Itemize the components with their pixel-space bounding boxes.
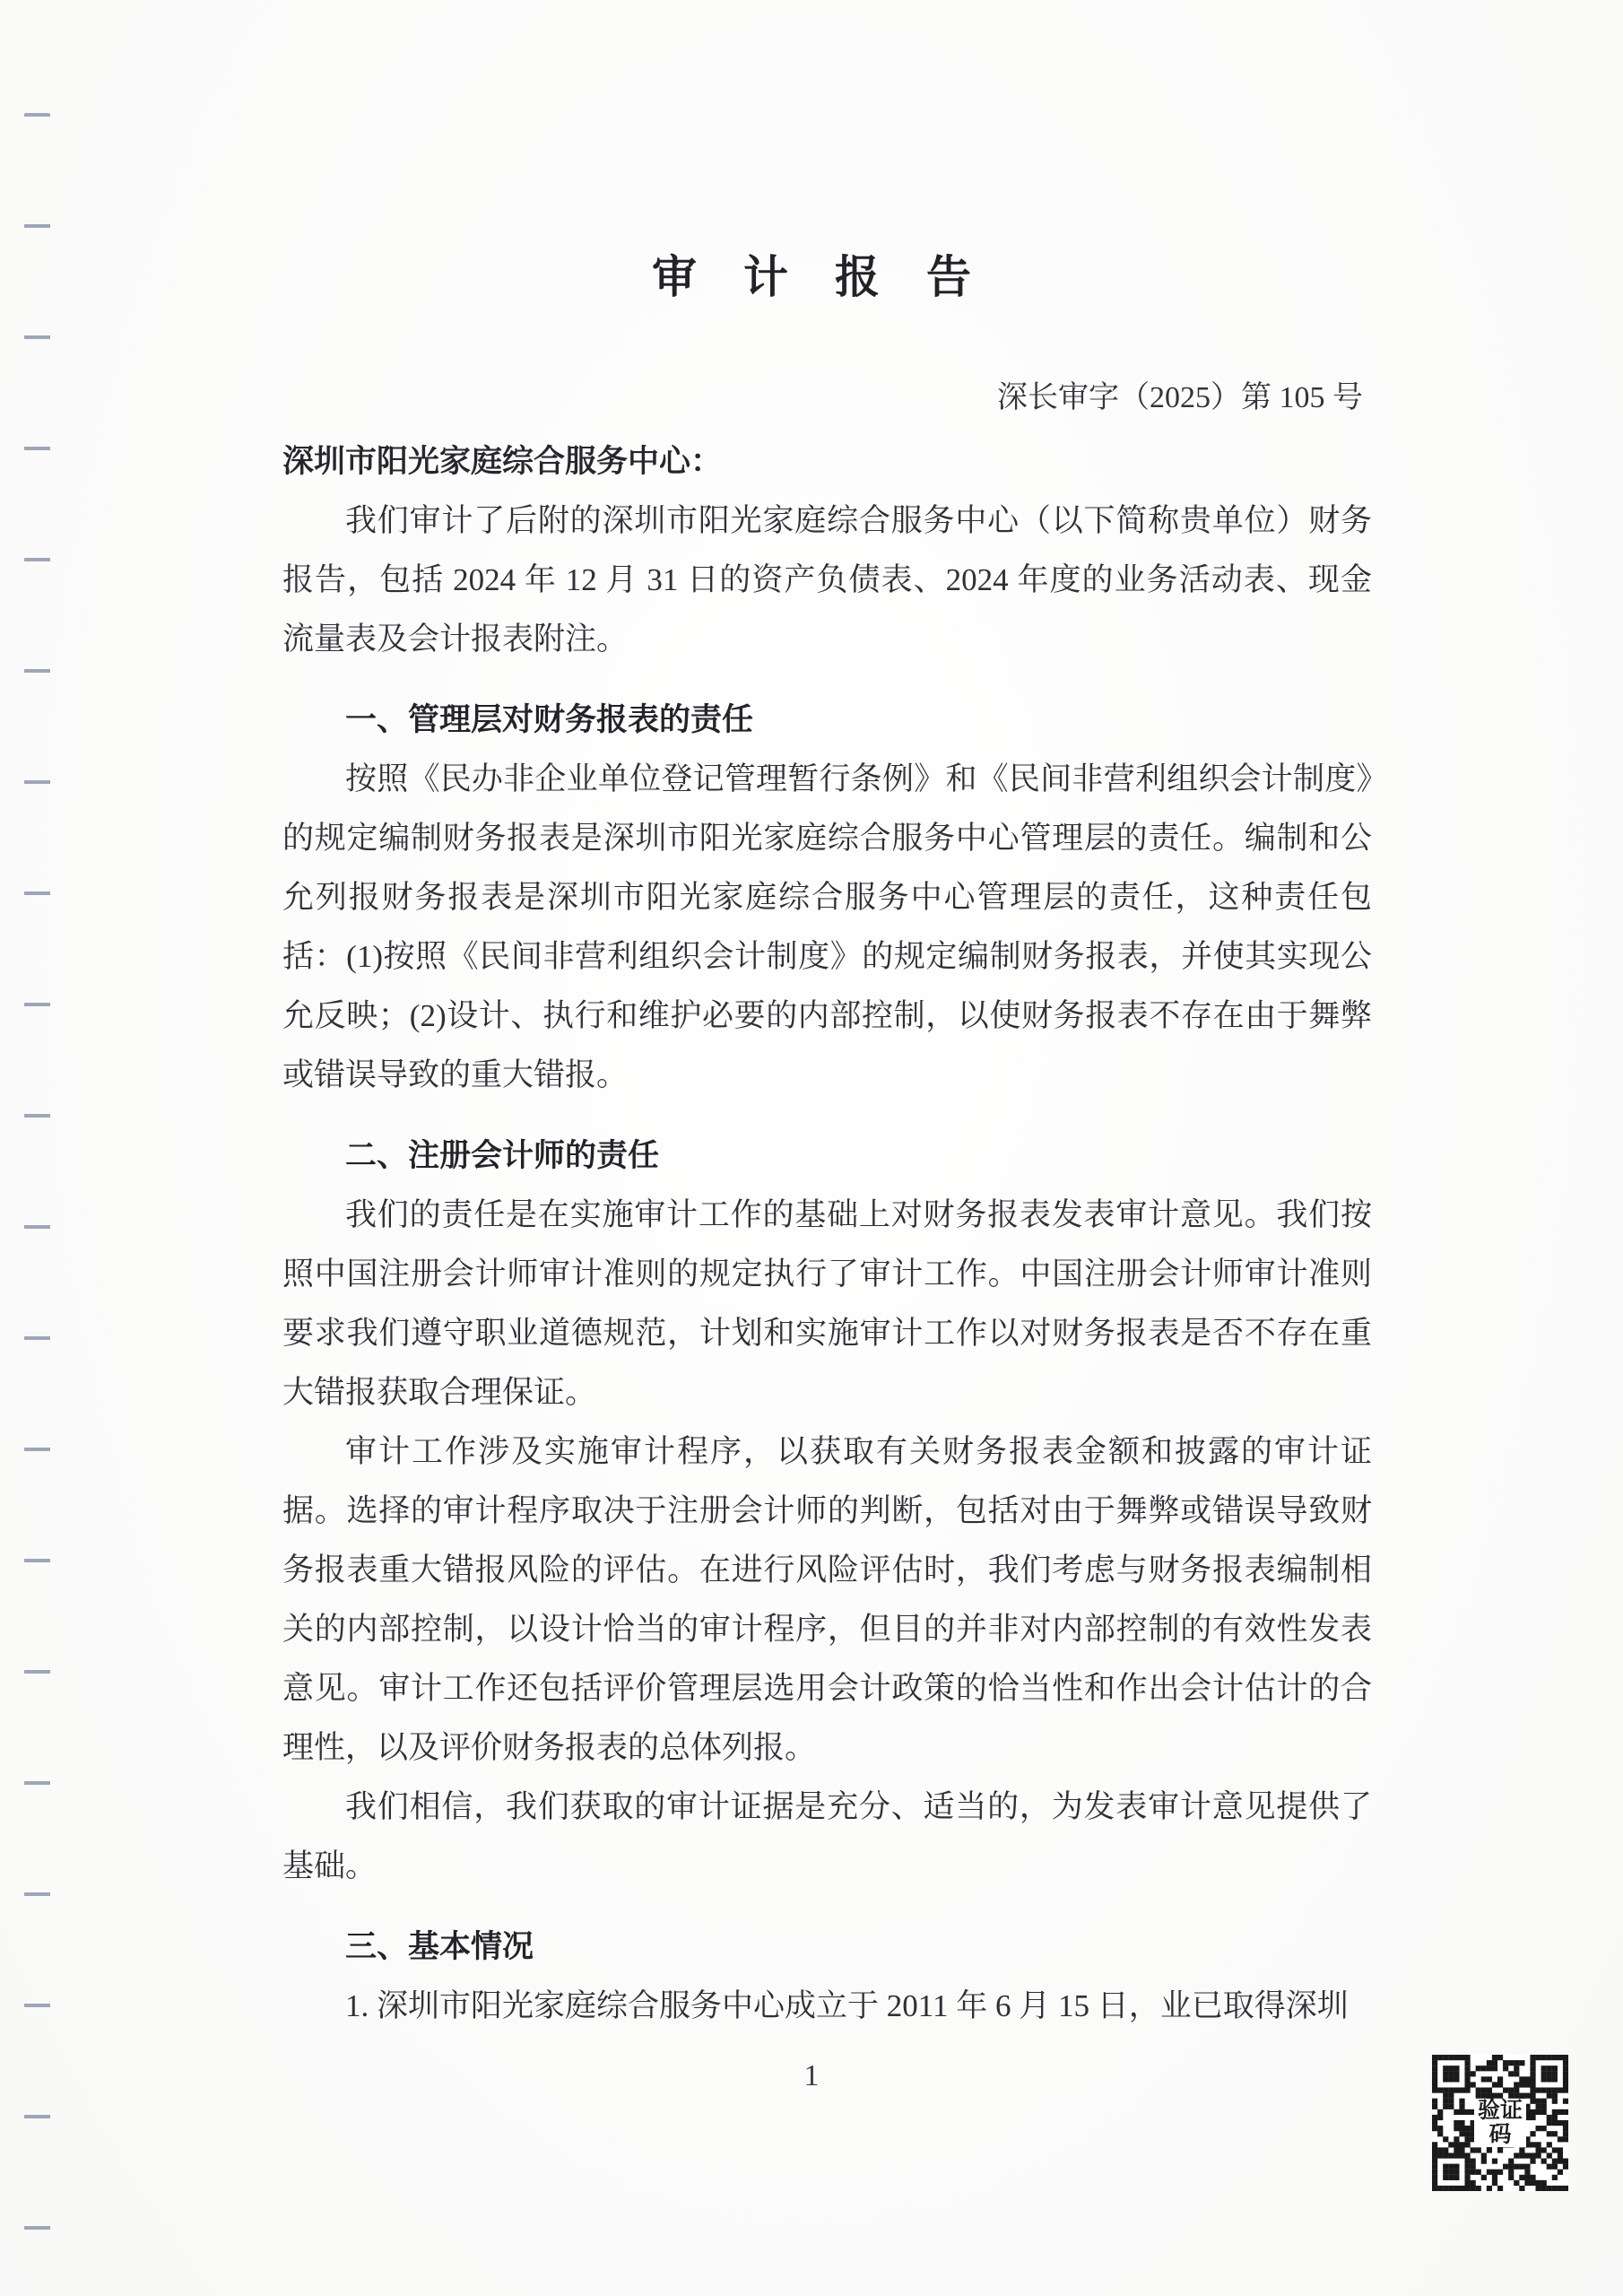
section-1-paragraph: 按照《民办非企业单位登记管理暂行条例》和《民间非营利组织会计制度》的规定编制财务… [282,750,1372,1105]
addressee-line: 深圳市阳光家庭综合服务中心： [282,432,1372,491]
section-3-heading: 三、基本情况 [282,1918,1372,1977]
page-number: 1 [0,2058,1623,2094]
section-2-paragraph-2: 审计工作涉及实施审计程序，以获取有关财务报表金额和披露的审计证据。选择的审计程序… [282,1422,1372,1778]
intro-paragraph: 我们审计了后附的深圳市阳光家庭综合服务中心（以下简称贵单位）财务报告，包括 20… [282,491,1372,669]
binding-marks [24,113,50,2233]
page-title: 审计报告 [0,0,1623,300]
qr-code: 验证码 [1432,2055,1568,2191]
section-2-paragraph-3: 我们相信，我们获取的审计证据是充分、适当的，为发表审计意见提供了基础。 [282,1778,1372,1896]
qr-code-label: 验证码 [1474,2099,1526,2147]
scanned-audit-report-page: 审计报告 深长审字（2025）第 105 号 深圳市阳光家庭综合服务中心： 我们… [0,0,1623,2296]
section-2-paragraph-1: 我们的责任是在实施审计工作的基础上对财务报表发表审计意见。我们按照中国注册会计师… [282,1186,1372,1422]
document-number: 深长审字（2025）第 105 号 [0,383,1363,413]
section-1-heading: 一、管理层对财务报表的责任 [282,691,1372,750]
section-3-paragraph: 1. 深圳市阳光家庭综合服务中心成立于 2011 年 6 月 15 日，业已取得… [282,1977,1372,2036]
report-body: 深圳市阳光家庭综合服务中心： 我们审计了后附的深圳市阳光家庭综合服务中心（以下简… [282,432,1372,2036]
section-2-heading: 二、注册会计师的责任 [282,1126,1372,1186]
